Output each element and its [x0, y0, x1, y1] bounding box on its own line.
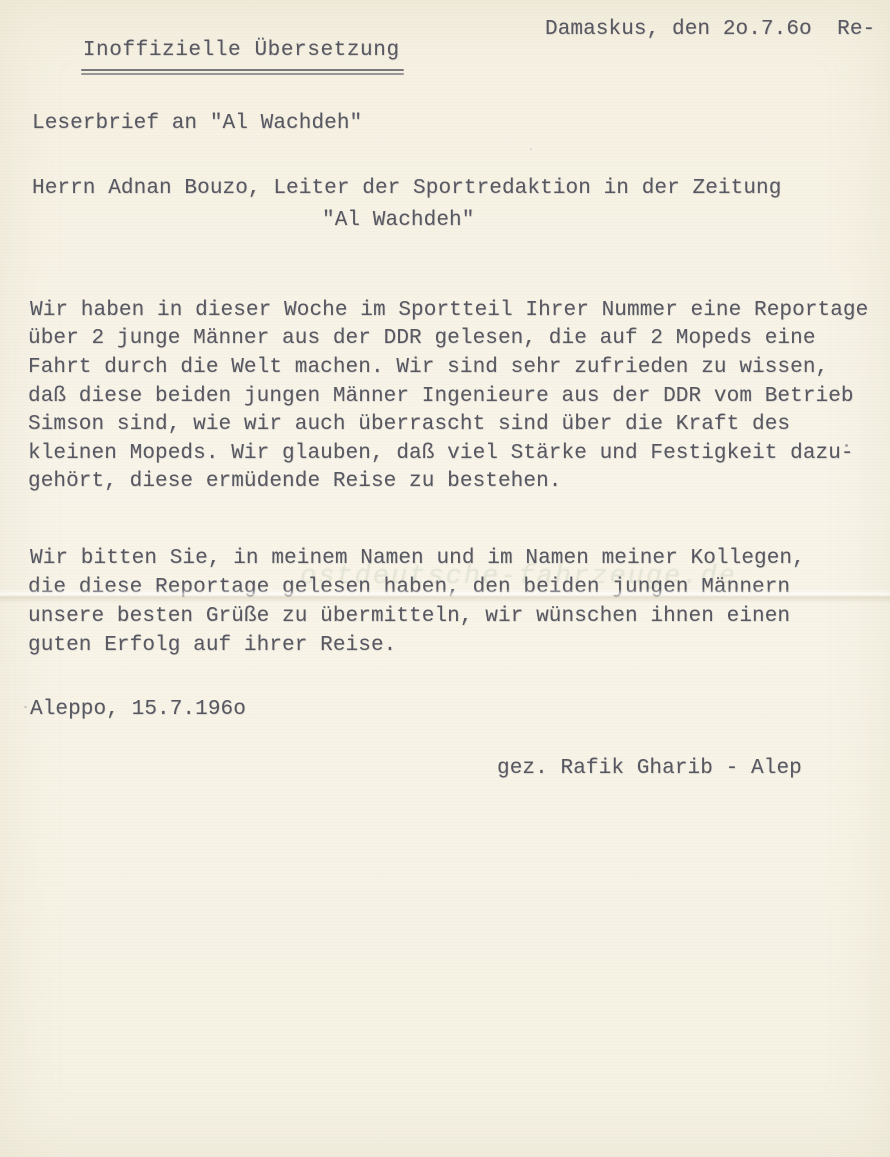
paragraph2-line: unsere besten Grüße zu übermitteln, wir …	[28, 603, 790, 631]
paragraph1-line: über 2 junge Männer aus der DDR gelesen,…	[28, 325, 816, 353]
recipient-name-line: Herrn Adnan Bouzo, Leiter der Sportredak…	[32, 175, 781, 203]
paragraph2-line: Wir bitten Sie, in meinem Namen und im N…	[30, 545, 805, 573]
paragraph1-line: Wir haben in dieser Woche im Sportteil I…	[30, 297, 868, 325]
paragraph1-line: daß diese beiden jungen Männer Ingenieur…	[28, 383, 854, 411]
dateline: Damaskus, den 2o.7.6o Re-	[545, 16, 875, 44]
recipient-newspaper-line: "Al Wachdeh"	[322, 207, 474, 235]
paper-speckle	[24, 706, 27, 708]
paper-speckle	[530, 148, 532, 150]
signature-line: gez. Rafik Gharib - Alep	[497, 755, 802, 783]
paragraph2-line: die diese Reportage gelesen haben, den b…	[28, 574, 790, 602]
document-title-text: Inoffizielle Übersetzung	[83, 37, 400, 65]
letter-page: Inoffizielle Übersetzung Damaskus, den 2…	[0, 0, 890, 1157]
paragraph1-line: kleinen Mopeds. Wir glauben, daß viel St…	[28, 440, 854, 468]
letter-subject-line: Leserbrief an "Al Wachdeh"	[32, 110, 362, 138]
paragraph1-line: gehört, diese ermüdende Reise zu bestehe…	[28, 468, 562, 496]
paper-speckle	[845, 444, 848, 447]
place-date-line: Aleppo, 15.7.196o	[30, 696, 246, 724]
paragraph1-line: Fahrt durch die Welt machen. Wir sind se…	[28, 354, 828, 382]
paragraph1-line: Simson sind, wie wir auch überrascht sin…	[28, 411, 790, 439]
document-title: Inoffizielle Übersetzung	[30, 9, 400, 96]
paragraph2-line: guten Erfolg auf ihrer Reise.	[28, 632, 396, 660]
